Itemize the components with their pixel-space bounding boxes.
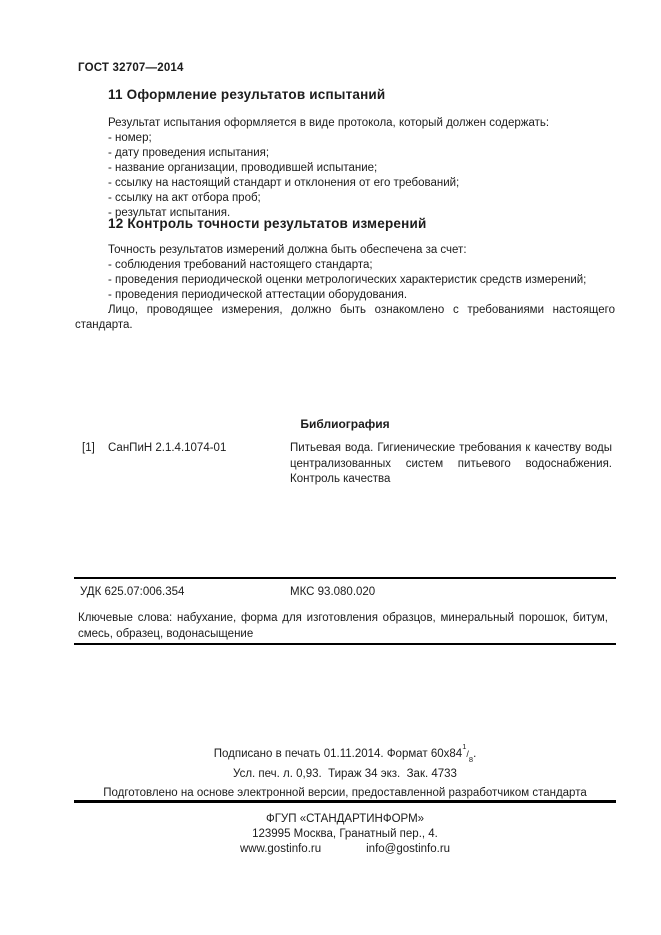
publisher-email: info@gostinfo.ru <box>366 843 450 855</box>
bibliography-ref-description: Питьевая вода. Гигиенические требования … <box>290 441 612 488</box>
document-page: ГОСТ 32707—2014 11 Оформление результато… <box>0 0 661 935</box>
list-item: - дату проведения испытания; <box>75 146 615 161</box>
list-item: - ссылку на акт отбора проб; <box>75 191 615 206</box>
publisher-website: www.gostinfo.ru <box>240 843 321 855</box>
imprint-print-details: Усл. печ. л. 0,93. Тираж 34 экз. Зак. 47… <box>75 767 615 782</box>
section-12-closing: Лицо, проводящее измерения, должно быть … <box>75 303 615 333</box>
bibliography-ref-code: СанПиН 2.1.4.1074-01 <box>108 441 226 457</box>
horizontal-rule-top <box>74 577 616 579</box>
list-item: - проведения периодической аттестации об… <box>75 288 615 303</box>
list-item: - соблюдения требований настоящего станд… <box>75 258 615 273</box>
imprint-prepared-note: Подготовлено на основе электронной верси… <box>75 786 615 801</box>
bibliography-ref-number: [1] <box>82 441 95 457</box>
publisher-contacts: www.gostinfo.ruinfo@gostinfo.ru <box>75 842 615 857</box>
bibliography-title: Библиография <box>75 417 615 431</box>
list-item: - название организации, проводившей испы… <box>75 161 615 176</box>
section-12-intro: Точность результатов измерений должна бы… <box>75 243 615 258</box>
horizontal-rule-middle <box>74 643 616 645</box>
section-11-body: Результат испытания оформляется в виде п… <box>75 116 615 221</box>
list-item: - номер; <box>75 131 615 146</box>
publisher-name: ФГУП «СТАНДАРТИНФОРМ» <box>75 812 615 827</box>
imprint-signed-prefix: Подписано в печать 01.11.2014. Формат 60… <box>214 748 462 760</box>
section-11-intro: Результат испытания оформляется в виде п… <box>75 116 615 131</box>
imprint-signed-line: Подписано в печать 01.11.2014. Формат 60… <box>75 742 615 765</box>
bibliography-entry: [1] СанПиН 2.1.4.1074-01 Питьевая вода. … <box>75 441 615 488</box>
mks-code: МКС 93.080.020 <box>290 586 375 598</box>
imprint-signed-suffix: . <box>473 748 476 760</box>
format-fraction-denominator: 8 <box>469 755 473 764</box>
section-11-heading: 11 Оформление результатов испытаний <box>108 87 385 102</box>
classification-codes-row: УДК 625.07:006.354 МКС 93.080.020 <box>80 586 616 598</box>
section-12-body: Точность результатов измерений должна бы… <box>75 243 615 333</box>
udk-code: УДК 625.07:006.354 <box>80 586 184 598</box>
list-item: - проведения периодической оценки метрол… <box>75 273 615 288</box>
list-item: - ссылку на настоящий стандарт и отклоне… <box>75 176 615 191</box>
doc-code-header: ГОСТ 32707—2014 <box>78 62 184 74</box>
publisher-address: 123995 Москва, Гранатный пер., 4. <box>75 827 615 842</box>
keywords-paragraph: Ключевые слова: набухание, форма для изг… <box>78 611 608 642</box>
horizontal-rule-bottom <box>74 800 616 803</box>
section-12-heading: 12 Контроль точности результатов измерен… <box>108 216 426 231</box>
format-fraction-numerator: 1 <box>462 742 466 751</box>
